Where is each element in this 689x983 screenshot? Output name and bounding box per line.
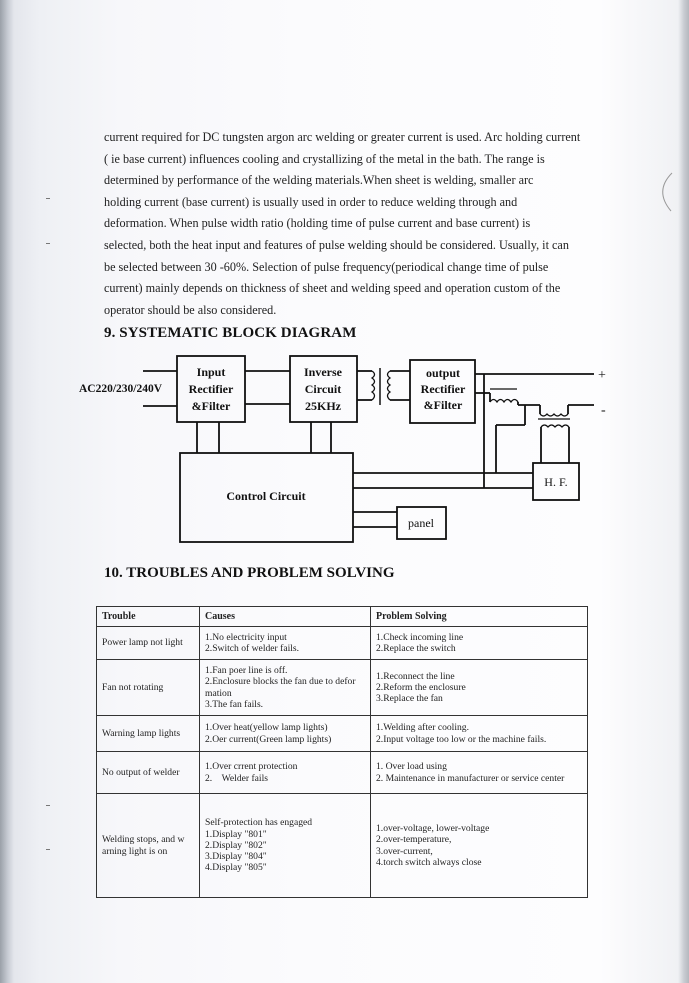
trouble-cell: Welding stops, and w arning light is on (97, 794, 200, 898)
solving-cell: 1.over-voltage, lower-voltage 2.over-tem… (371, 794, 588, 898)
table-header-row: Trouble Causes Problem Solving (97, 607, 588, 627)
margin-tick (46, 805, 50, 806)
solving-cell: 1.Welding after cooling. 2.Input voltage… (371, 716, 588, 752)
control-circuit-label: Control Circuit (226, 489, 305, 503)
causes-cell: 1.Over crrent protection 2. Welder fails (200, 752, 371, 794)
panel-label: panel (408, 516, 435, 530)
table-row: Power lamp not light 1.No electricity in… (97, 627, 588, 660)
svg-text:25KHz: 25KHz (305, 399, 342, 413)
svg-text:Input: Input (197, 365, 226, 379)
negative-terminal: - (601, 403, 606, 418)
solving-cell: 1.Check incoming line 2.Replace the swit… (371, 627, 588, 660)
margin-tick (46, 849, 50, 850)
table-row: No output of welder 1.Over crrent protec… (97, 752, 588, 794)
trouble-cell: Warning lamp lights (97, 716, 200, 752)
hf-label: H. F. (544, 475, 567, 489)
header-trouble: Trouble (97, 607, 200, 627)
header-problem-solving: Problem Solving (371, 607, 588, 627)
svg-text:output: output (426, 366, 460, 380)
table-row: Welding stops, and w arning light is on … (97, 794, 588, 898)
table-row: Fan not rotating 1.Fan poer line is off.… (97, 660, 588, 716)
trouble-cell: Power lamp not light (97, 627, 200, 660)
margin-arc-mark (663, 173, 672, 211)
causes-cell: 1.Over heat(yellow lamp lights) 2.Oer cu… (200, 716, 371, 752)
table-row: Warning lamp lights 1.Over heat(yellow l… (97, 716, 588, 752)
positive-terminal: + (598, 368, 606, 383)
svg-text:Rectifier: Rectifier (189, 382, 234, 396)
input-voltage-label: AC220/230/240V (79, 383, 163, 395)
svg-text:Inverse: Inverse (304, 365, 343, 379)
margin-tick (46, 198, 50, 199)
solving-cell: 1. Over load using 2. Maintenance in man… (371, 752, 588, 794)
troubles-table: Trouble Causes Problem Solving Power lam… (96, 606, 588, 898)
trouble-cell: No output of welder (97, 752, 200, 794)
trouble-cell: Fan not rotating (97, 660, 200, 716)
svg-text:&Filter: &Filter (424, 398, 463, 412)
causes-cell: Self-protection has engaged 1.Display "8… (200, 794, 371, 898)
header-causes: Causes (200, 607, 371, 627)
causes-cell: 1.Fan poer line is off. 2.Enclosure bloc… (200, 660, 371, 716)
solving-cell: 1.Reconnect the line 2.Reform the enclos… (371, 660, 588, 716)
causes-cell: 1.No electricity input 2.Switch of welde… (200, 627, 371, 660)
section-10-heading: 10. TROUBLES AND PROBLEM SOLVING (104, 565, 395, 582)
svg-text:Rectifier: Rectifier (421, 382, 466, 396)
margin-tick (46, 243, 50, 244)
svg-text:&Filter: &Filter (192, 399, 231, 413)
svg-text:Circuit: Circuit (305, 382, 341, 396)
